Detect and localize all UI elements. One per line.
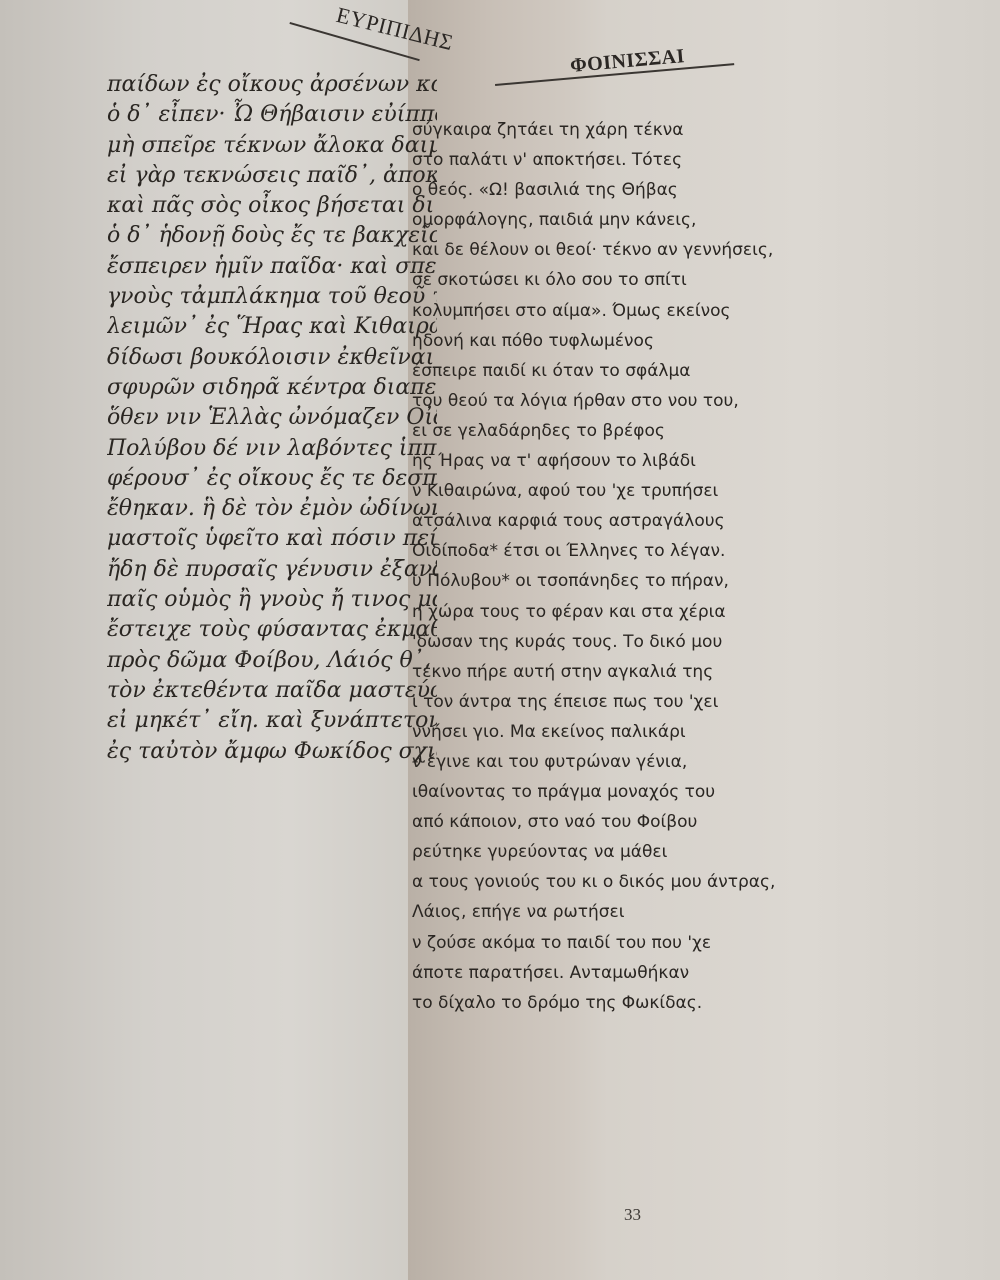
text-line: σφυρῶν σιδηρᾶ κέντρα διαπείρας μέσον· — [107, 373, 437, 403]
text-line: σύγκαιρα ζητάει τη χάρη τέκνα — [412, 115, 802, 145]
text-line: υ Πόλυβου* οι τσοπάνηδες το πήραν, — [412, 566, 802, 596]
text-line: καὶ πᾶς σὸς οἶκος βήσεται δι᾽ αἵματος. — [107, 191, 437, 221]
text-line: η χώρα τους το φέραν και στα χέρια — [412, 597, 802, 627]
text-line: μαστοῖς ὑφεῖτο καὶ πόσιν πείθει τεκεῖν. — [107, 524, 437, 554]
text-line: ν ζούσε ακόμα το παιδί του που 'χε — [412, 928, 802, 958]
text-line: φέρουσ᾽ ἐς οἴκους ἔς τε δεσποίνης χέρας — [107, 464, 437, 494]
text-line: ει σε γελαδάρηδες το βρέφος — [412, 416, 802, 446]
right-running-head: ΦΟΙΝΙΣΣΑΙ — [495, 40, 735, 90]
text-line: ο θεός. «Ω! βασιλιά της Θήβας — [412, 175, 802, 205]
text-line: σε σκοτώσει κι όλο σου το σπίτι — [412, 265, 802, 295]
text-line: ι τον άντρα της έπεισε πως του 'χει — [412, 687, 802, 717]
left-running-head: ΕΥΡΙΠΙΔΗΣ — [290, 2, 415, 72]
text-line: ν Κιθαιρώνα, αφού του 'χε τρυπήσει — [412, 476, 802, 506]
text-line: ἐς ταὐτὸν ἄμφω Φωκίδος σχιστῆς ὁδοῦ· — [107, 737, 437, 767]
text-line: στο παλάτι ν' αποκτήσει. Τότες — [412, 145, 802, 175]
text-line: κολυμπήσει στο αίμα». Όμως εκείνος — [412, 296, 802, 326]
text-line: άποτε παρατήσει. Ανταμωθήκαν — [412, 958, 802, 988]
page-number: 33 — [624, 1205, 641, 1225]
ancient-greek-text: παίδων ἐς οἴκους ἀρσένων κοινωνίαν, ὁ δ᾽… — [107, 70, 437, 767]
text-line: ἔστειχε τοὺς φύσαντας ἐκμαθεῖν θέλων — [107, 615, 437, 645]
text-line: εἰ γὰρ τεκνώσεις παῖδ᾽, ἀποκτενεῖ σ᾽ ὁ φ… — [107, 161, 437, 191]
text-line: μὴ σπεῖρε τέκνων ἄλοκα δαιμόνων βίᾳ· — [107, 131, 437, 161]
text-line: Πολύβου δέ νιν λαβόντες ἱπποβουκόλοι — [107, 434, 437, 464]
text-line: το δίχαλο το δρόμο της Φωκίδας. — [412, 988, 802, 1018]
text-line: εἰ μηκέτ᾽ εἴη. καὶ ξυνάπτετον πόδα — [107, 706, 437, 736]
text-line: α τους γονιούς του κι ο δικός μου άντρας… — [412, 867, 802, 897]
text-line: ὁ δ᾽ ἡδονῇ δοὺς ἔς τε βακχεῖον πεσὼν — [107, 221, 437, 251]
text-line: ννήσει γιο. Μα εκείνος παλικάρι — [412, 717, 802, 747]
text-line: παῖς οὑμὸς ἢ γνοὺς ἤ τινος μαθὼν πάρα, — [107, 585, 437, 615]
text-line: γνοὺς τἀμπλάκημα τοῦ θεοῦ τε τὴν φάτιν, — [107, 282, 437, 312]
text-line: ιθαίνοντας το πράγμα μοναχός του — [412, 777, 802, 807]
text-line: και δε θέλουν οι θεοί· τέκνο αν γεννήσει… — [412, 235, 802, 265]
text-line: τέκνο πήρε αυτή στην αγκαλιά της — [412, 657, 802, 687]
text-line: ὅθεν νιν Ἑλλὰς ὠνόμαζεν Οἰδίπουν. — [107, 403, 437, 433]
text-line: Οιδίποδα* έτσι οι Έλληνες το λέγαν. — [412, 536, 802, 566]
text-line: ρεύτηκε γυρεύοντας να μάθει — [412, 837, 802, 867]
text-line: ης Ήρας να τ' αφήσουν το λιβάδι — [412, 446, 802, 476]
text-line: ατσάλινα καρφιά τους αστραγάλους — [412, 506, 802, 536]
text-line: του θεού τα λόγια ήρθαν στο νου του, — [412, 386, 802, 416]
text-line: λειμῶν᾽ ἐς Ἥρας καὶ Κιθαιρῶνος λέπας — [107, 312, 437, 342]
text-line: 'δωσαν της κυράς τους. Το δικό μου — [412, 627, 802, 657]
text-line: ἔσπειρεν ἡμῖν παῖδα· καὶ σπείρας βρέφος, — [107, 252, 437, 282]
text-line: τὸν ἐκτεθέντα παῖδα μαστεύων μαθεῖν — [107, 676, 437, 706]
text-line: από κάποιον, στο ναό του Φοίβου — [412, 807, 802, 837]
text-line: ηδονή και πόθο τυφλωμένος — [412, 326, 802, 356]
text-line: ὁ δ᾽ εἶπεν· Ὦ Θήβαισιν εὐίπποις ἄναξ, — [107, 100, 437, 130]
text-line: ἤδη δὲ πυρσαῖς γένυσιν ἐξανδρούμενος — [107, 555, 437, 585]
text-line: ἔθηκαν. ἣ δὲ τὸν ἐμὸν ὠδίνων πόνον — [107, 494, 437, 524]
modern-greek-translation: σύγκαιρα ζητάει τη χάρη τέκνα στο παλάτι… — [412, 115, 802, 1018]
text-line: πρὸς δῶμα Φοίβου, Λάιός θ᾽, οὑμὸς πόσις, — [107, 646, 437, 676]
text-line: δίδωσι βουκόλοισιν ἐκθεῖναι βρέφος, — [107, 343, 437, 373]
text-line: ομορφάλογης, παιδιά μην κάνεις, — [412, 205, 802, 235]
text-line: έσπειρε παιδί κι όταν το σφάλμα — [412, 356, 802, 386]
text-line: Λάιος, επήγε να ρωτήσει — [412, 897, 802, 927]
text-line: ν έγινε και του φυτρώναν γένια, — [412, 747, 802, 777]
text-line: παίδων ἐς οἴκους ἀρσένων κοινωνίαν, — [107, 70, 437, 100]
